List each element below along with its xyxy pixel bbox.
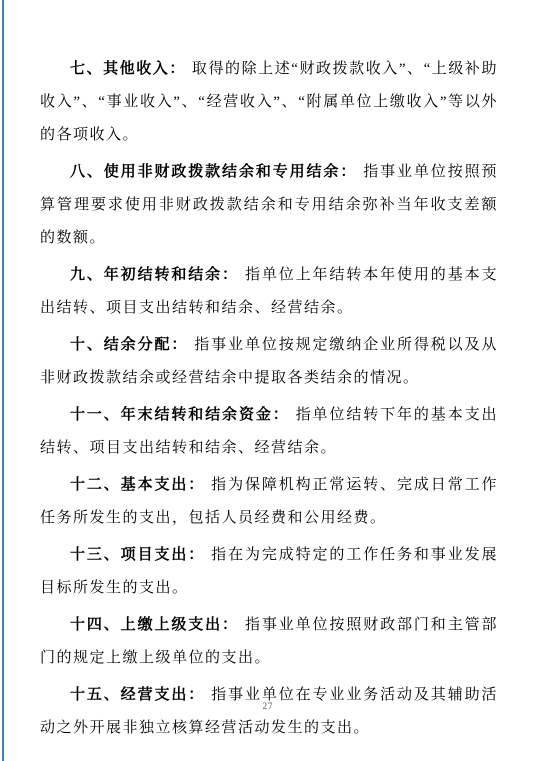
left-border-line [2, 0, 4, 761]
term-heading: 十四、上缴上级支出： [70, 616, 239, 633]
definition-paragraph: 十二、基本支出：指为保障机构正常运转、完成日常工作任务所发生的支出，包括人员经费… [40, 468, 498, 535]
term-heading: 九、年初结转和结余： [70, 266, 239, 283]
definition-paragraph: 九、年初结转和结余：指单位上年结转本年使用的基本支出结转、项目支出结转和结余、经… [40, 258, 498, 325]
text-block: 七、其他收入：取得的除上述“财政拨款收入”、“上级补助收入”、“事业收入”、“经… [40, 52, 498, 748]
definition-paragraph: 十五、经营支出：指事业单位在专业业务活动及其辅助活动之外开展非独立核算经营活动发… [40, 678, 498, 745]
term-heading: 十二、基本支出： [70, 476, 205, 493]
definition-paragraph: 十三、项目支出：指在为完成特定的工作任务和事业发展目标所发生的支出。 [40, 538, 498, 605]
definition-paragraph: 七、其他收入：取得的除上述“财政拨款收入”、“上级补助收入”、“事业收入”、“经… [40, 52, 498, 152]
definition-paragraph: 十、结余分配：指事业单位按规定缴纳企业所得税以及从非财政拨款结余或经营结余中提取… [40, 328, 498, 395]
page-number: 27 [0, 701, 536, 711]
term-heading: 七、其他收入： [70, 60, 186, 77]
term-heading: 十三、项目支出： [70, 546, 205, 563]
definition-paragraph: 十四、上缴上级支出：指事业单位按照财政部门和主管部门的规定上缴上级单位的支出。 [40, 608, 498, 675]
term-heading: 十、结余分配： [70, 336, 188, 353]
definition-paragraph: 八、使用非财政拨款结余和专用结余：指事业单位按照预算管理要求使用非财政拨款结余和… [40, 155, 498, 255]
term-heading: 十一、年末结转和结余资金： [70, 406, 290, 423]
term-heading: 八、使用非财政拨款结余和专用结余： [70, 163, 357, 180]
document-page: 七、其他收入：取得的除上述“财政拨款收入”、“上级补助收入”、“事业收入”、“经… [0, 0, 536, 761]
definition-paragraph: 十一、年末结转和结余资金：指单位结转下年的基本支出结转、项目支出结转和结余、经营… [40, 398, 498, 465]
